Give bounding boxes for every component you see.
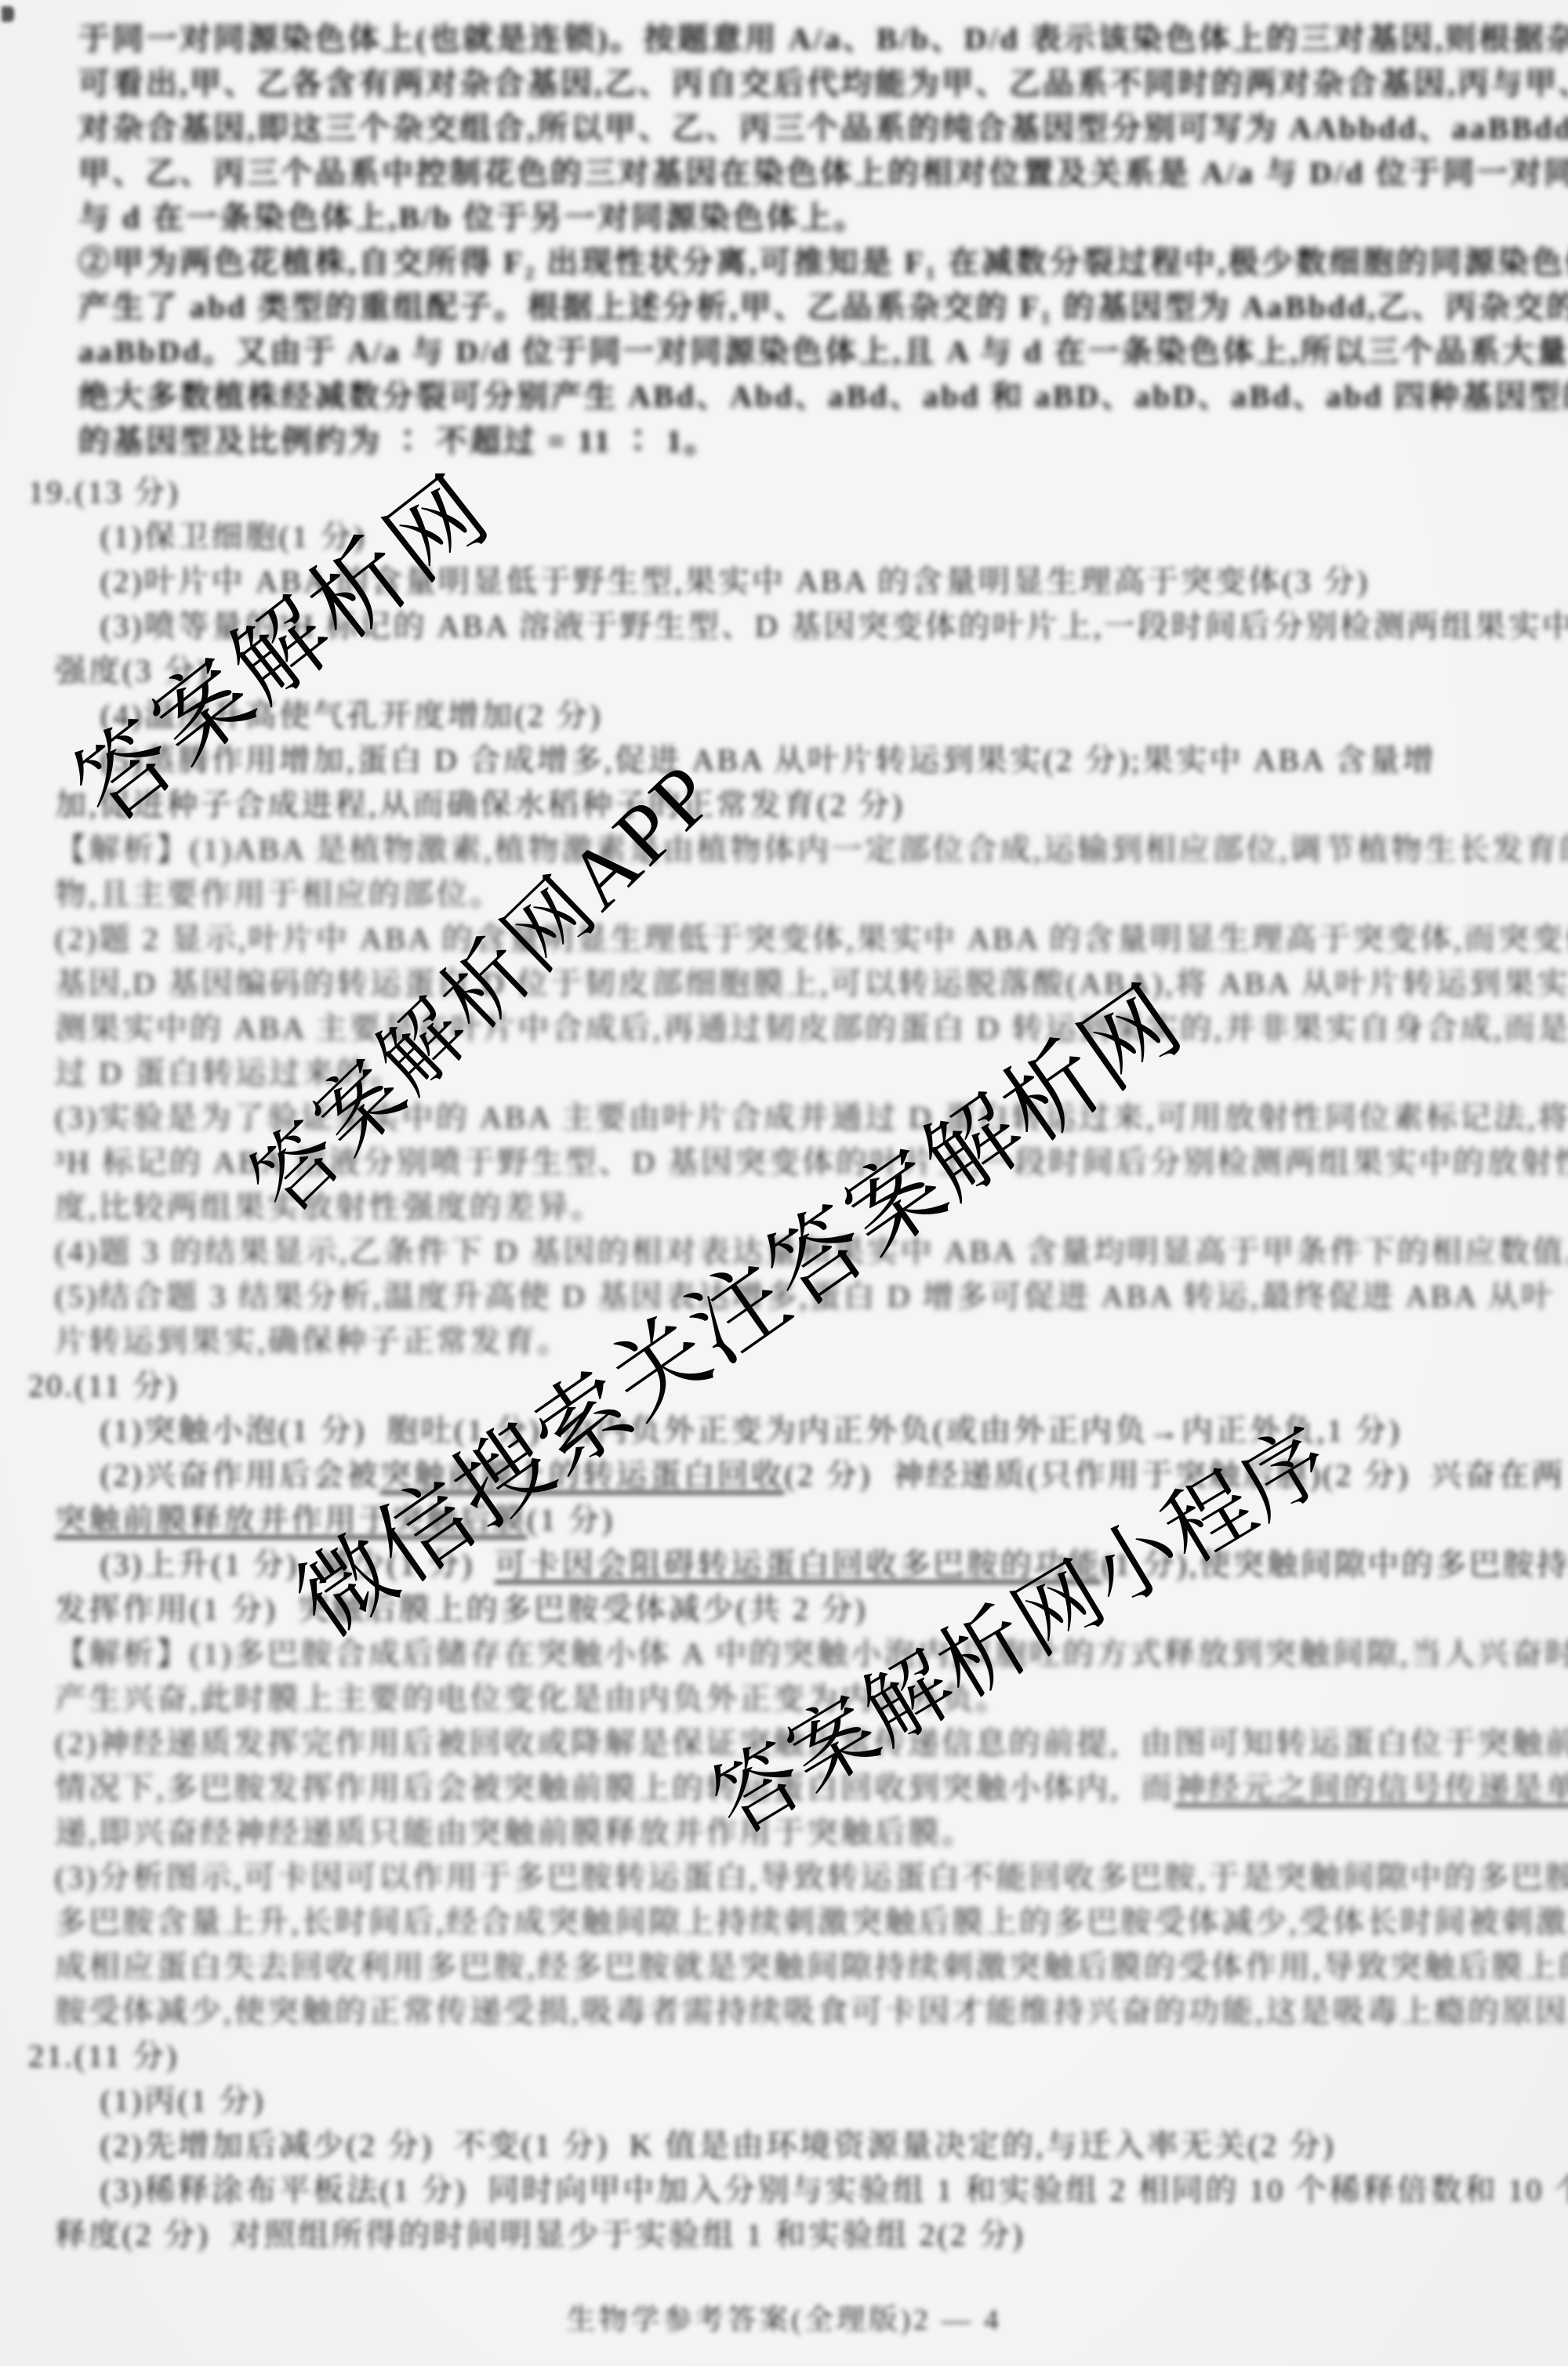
text-line: 甲、乙、丙三个品系中控制花色的三对基因在染色体上的相对位置及关系是 A/a 与 … [78, 158, 1568, 189]
text-line: 片转运到果实,确保种子正常发育。 [55, 1326, 571, 1357]
text-line: 递,即兴奋经神经递质只能由突触前膜释放并作用于突触后膜。 [55, 1817, 975, 1849]
text-line: 【解析】(1)ABA 是植物激素,植物激素是由植物体内一定部位合成,运输到相应部… [55, 834, 1568, 865]
text-line: (2)题 2 显示,叶片中 ABA 的含量明显生理低于突变体,果实中 ABA 的… [55, 924, 1568, 955]
text-line: (1)突触小泡(1 分) 胞吐(1 分) 由内负外正变为内正外负(或由外正内负→… [100, 1415, 1402, 1446]
scan-artifact-corner-mark [2, 6, 14, 22]
text-line: 于同一对同源染色体上(也就是连锁)。按题意用 A/a、B/b、D/d 表示该染色… [78, 24, 1568, 55]
text-line: (2)先增加后减少(2 分) 不变(1 分) K 值是由环境资源量决定的,与迁入… [100, 2130, 1335, 2161]
text-line: ②甲为两色花植株,自交所得 F₂ 出现性状分离,可推知是 F₁ 在减数分裂过程中… [78, 247, 1568, 278]
page-footer: 生物学参考答案(全理版)2 — 4 [566, 2295, 1001, 2338]
diagonal-watermark: 答案解析网 [60, 461, 506, 839]
text-line: 对杂合基因,即这三个杂交组合,所以甲、乙、丙三个品系的纯合基因型分别可写为 AA… [78, 113, 1568, 144]
text-line: 可看出,甲、乙各含有两对杂合基因,乙、丙自交后代均能为甲、乙品系不同时的两对杂合… [78, 68, 1568, 100]
text-line: (5)蒸腾作用增加,蛋白 D 合成增多,促进 ABA 从叶片转运到果实(2 分)… [100, 745, 1436, 776]
text-line: 的基因型及比例约为 ∶ 不超过 = 11 ∶ 1。 [78, 426, 718, 457]
text-line: 产生了 abd 类型的重组配子。根据上述分析,甲、乙品系杂交的 F₁ 的基因型为… [78, 292, 1568, 323]
text-line: (3)分析图示,可卡因可以作用于多巴胺转运蛋白,导致转运蛋白不能回收多巴胺,于是… [55, 1862, 1568, 1893]
text-line: 物,且主要作用于相应的部位。 [55, 879, 503, 910]
text-line: 发挥作用(1 分) 突触后膜上的多巴胺受体减少(共 2 分) [55, 1594, 867, 1625]
text-line: aaBbDd。又由于 A/a 与 D/d 位于同一对同源染色体上,且 A 与 d… [78, 336, 1568, 368]
text-line: 【解析】(1)多巴胺合成后储存在突触小体 A 中的突触小泡内,以胞吐的方式释放到… [55, 1638, 1568, 1670]
text-line: 绝大多数植株经减数分裂可分别产生 ABd、Abd、aBd、abd 和 aBD、a… [78, 381, 1568, 412]
question-20-number: 20.(11 分) [28, 1370, 179, 1402]
text-line: 成相应蛋白失去回收利用多巴胺,经多巴胺就是突触间隙持续刺激突触后膜的受体作用,导… [55, 1951, 1568, 1983]
text-line: (1)丙(1 分) [100, 2085, 265, 2117]
text-line: 测果实中的 ABA 主要是在叶片中合成后,再通过韧皮部的蛋白 D 转运到果实的,… [55, 1013, 1568, 1044]
question-21-number: 21.(11 分) [28, 2041, 179, 2072]
text-line: 基因,D 基因编码的转运蛋白 D 位于韧皮部细胞膜上,可以转运脱落酸(ABA),… [55, 968, 1568, 1000]
document-page: 于同一对同源染色体上(也就是连锁)。按题意用 A/a、B/b、D/d 表示该染色… [0, 0, 1568, 2366]
text-line: 胺受体减少,使突触的正常传递受损,吸毒者需持续吸食可卡因才能维持兴奋的功能,这是… [55, 1996, 1568, 2027]
text-line: (3)稀释涂布平板法(1 分) 同时向甲中加入分别与实验组 1 和实验组 2 相… [100, 2175, 1568, 2206]
text-line: 多巴胺含量上升,长时间后,经合成突触间隙上持续刺激突触后膜上的多巴胺受体减少,受… [55, 1907, 1568, 1938]
text-line: 释度(2 分) 对照组所得的时间明显少于实验组 1 和实验组 2(2 分) [55, 2219, 1025, 2251]
question-19-number: 19.(13 分) [28, 477, 180, 508]
text-line: 与 d 在一条染色体上,B/b 位于另一对同源染色体上。 [78, 202, 867, 234]
